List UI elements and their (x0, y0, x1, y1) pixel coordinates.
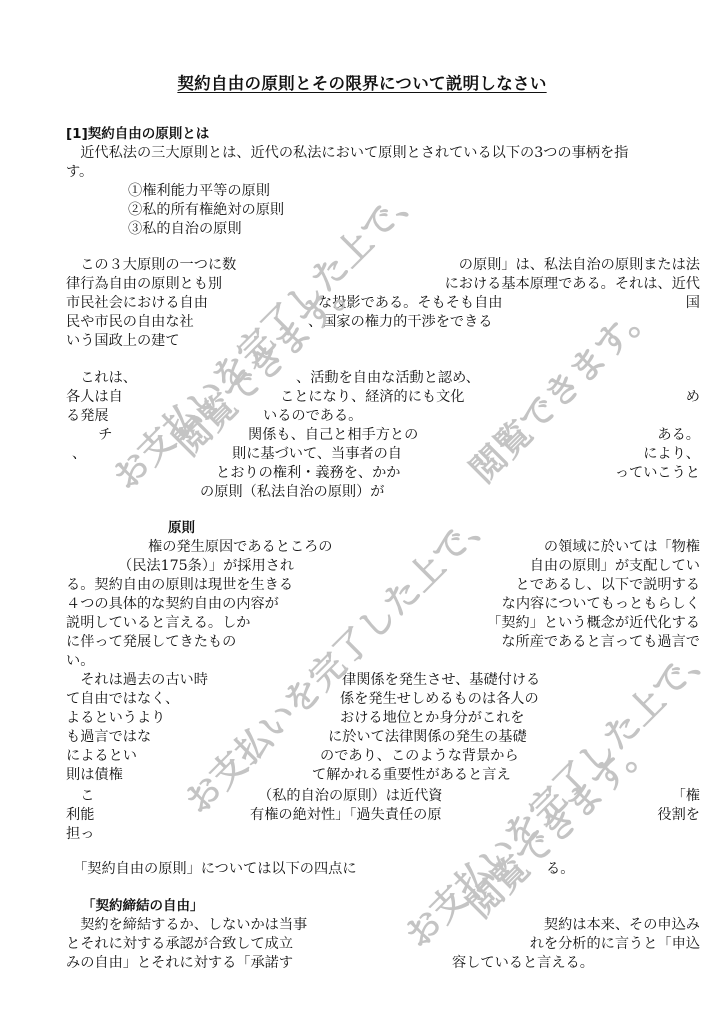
body-line: な内容についてもっともらしく (502, 595, 700, 614)
body-line: い。 (66, 652, 94, 671)
body-line: 説明していると言える。しか (66, 614, 250, 633)
body-line: こ (66, 787, 94, 806)
body-line: （民法175条）」が採用され (118, 557, 294, 576)
body-line: チ (84, 426, 112, 445)
body-line: 市民社会における自由 (66, 294, 208, 313)
body-line: ４つの具体的な契約自由の内容が (66, 595, 279, 614)
body-line: によるとい (66, 747, 137, 766)
body-line: 近代私法の三大原則とは、近代の私法において原則とされている以下の3つの事柄を指 (66, 144, 628, 163)
body-line: 、 (72, 445, 86, 464)
body-line: よるというより (66, 709, 165, 728)
body-line: これは、 (66, 369, 137, 388)
body-line: の領域に於いては「物権 (544, 538, 700, 557)
section-heading: 「契約締結の自由」 (82, 897, 204, 916)
body-line: 民や市民の自由な社 (66, 313, 194, 332)
body-line: 「契約自由の原則」については以下の四点に (66, 860, 357, 879)
body-line: 有権の絶対性」「過失責任の原 (250, 806, 442, 825)
section-heading: 原則 (168, 519, 195, 538)
body-line: 容していると言える。 (452, 954, 594, 973)
watermark-text: 閲覧できます。 (465, 294, 661, 490)
body-line: 関係も、自己と相手方との (248, 426, 418, 445)
body-line: っていこうと (615, 464, 700, 483)
body-line: のであり、このような背景から (320, 747, 519, 766)
body-line: いう国政上の建て (66, 332, 180, 351)
body-line: め (686, 388, 700, 407)
body-line: 律行為自由の原則とも別 (66, 275, 222, 294)
body-line: 権の発生原因であるところの (148, 538, 332, 557)
body-line: 自由の原則」が支配してい (530, 557, 700, 576)
body-line: とおりの権利・義務を、かか (216, 464, 400, 483)
body-line: も過言ではな (66, 728, 151, 747)
list-item: ②私的所有権絶対の原則 (128, 201, 284, 220)
body-line: 「権 (672, 787, 700, 806)
body-line: により、 (643, 445, 700, 464)
body-line: に於いて法律関係の発生の基礎 (328, 728, 527, 747)
body-line: 則に基づいて、当事者の自 (232, 445, 402, 464)
body-line: す。 (66, 163, 93, 182)
body-line: この３大原則の一つに数 (66, 256, 236, 275)
body-line: いるのである。 (263, 407, 362, 426)
body-line: とであるし、以下で説明する (516, 576, 700, 595)
body-line: ことになり、経済的にも文化 (280, 388, 464, 407)
body-line: みの自由」とそれに対する「承諾す (66, 954, 293, 973)
body-line: る。契約自由の原則は現世を生きる (66, 576, 293, 595)
body-line: 係を発生せしめるものは各人の (340, 690, 539, 709)
body-line: 利能 (66, 806, 94, 825)
body-line: 契約を締結するか、しないかは当事 (66, 916, 307, 935)
body-line: 律関係を発生させ、基礎付ける (342, 671, 540, 690)
document-title: 契約自由の原則とその限界について説明しなさい (0, 70, 724, 94)
body-line: 役割を (657, 806, 700, 825)
body-line: 「契約」という概念が近代化する (487, 614, 700, 633)
body-line: ある。 (657, 426, 700, 445)
body-line: の原則」は、私法自治の原則または法 (459, 256, 700, 275)
body-line: て解かれる重要性があると言え (312, 766, 511, 785)
body-line: それは過去の古い時 (66, 671, 208, 690)
body-line: れを分析的に言うと「申込 (530, 935, 700, 954)
body-line: な所産であると言っても過言で (501, 633, 700, 652)
body-line: て自由ではなく、 (66, 690, 179, 709)
document-page: 契約自由の原則とその限界について説明しなさい [1]契約自由の原則とは 近代私法… (0, 0, 724, 1024)
body-line: 、活動を自由な活動と認め、 (296, 369, 480, 388)
body-line: とそれに対する承認が合致して成立 (66, 935, 293, 954)
body-line: 担っ (66, 825, 94, 844)
body-line: おける地位とか身分がこれを (340, 709, 524, 728)
body-line: る発展 (66, 407, 109, 426)
body-line: における基本原理である。それは、近代 (445, 275, 700, 294)
body-line: 各人は自 (66, 388, 123, 407)
body-line: 国 (686, 294, 700, 313)
section-heading: [1]契約自由の原則とは (66, 125, 209, 144)
body-line: に伴って発展してきたもの (66, 633, 236, 652)
list-item: ①権利能力平等の原則 (128, 182, 270, 201)
body-line: 則は債権 (66, 766, 123, 785)
body-line: （私的自治の原則）は近代資 (258, 787, 442, 806)
body-line: 契約は本来、その申込み (544, 916, 700, 935)
list-item: ③私的自治の原則 (128, 220, 242, 239)
body-line: の原則（私法自治の原則）が (200, 483, 384, 502)
